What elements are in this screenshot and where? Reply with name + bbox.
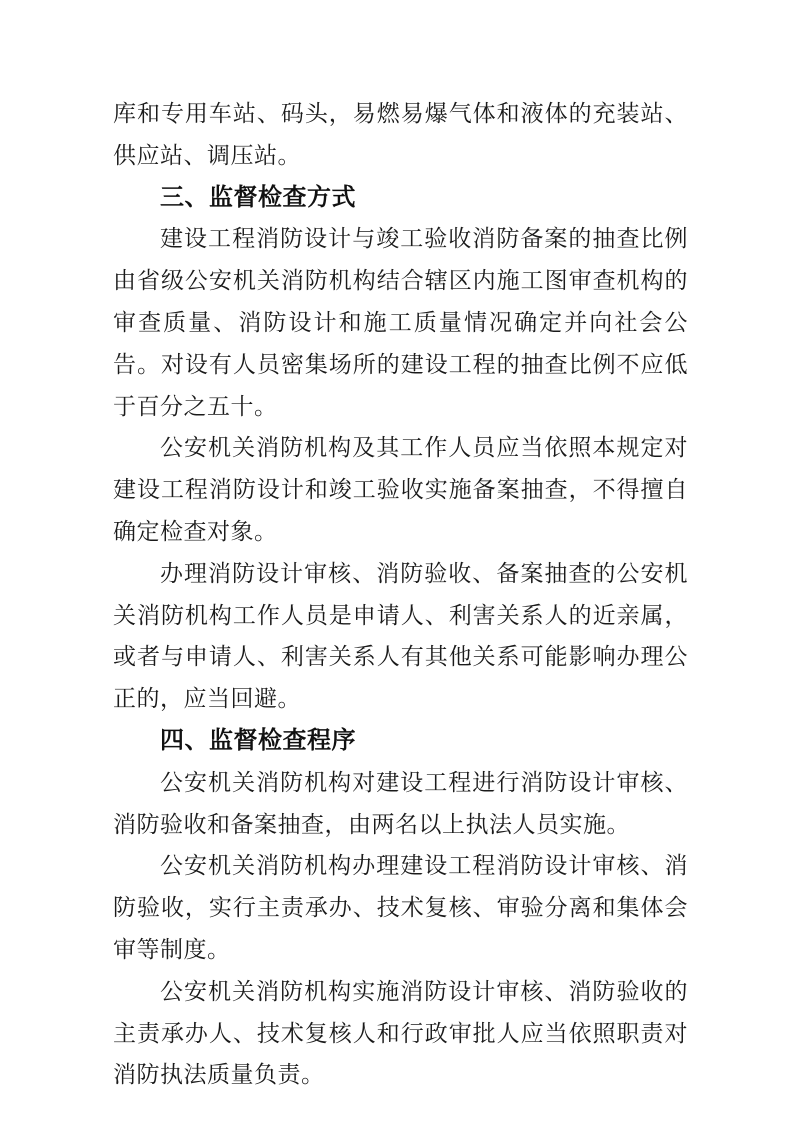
body-paragraph-continuation: 库和专用车站、码头，易燃易爆气体和液体的充装站、供应站、调压站。 (113, 93, 688, 177)
document-page: 库和专用车站、码头，易燃易爆气体和液体的充装站、供应站、调压站。 三、监督检查方… (0, 0, 793, 1122)
section-heading-4: 四、监督检查程序 (113, 720, 688, 762)
body-paragraph: 建设工程消防设计与竣工验收消防备案的抽查比例由省级公安机关消防机构结合辖区内施工… (113, 218, 688, 427)
body-paragraph: 公安机关消防机构及其工作人员应当依照本规定对建设工程消防设计和竣工验收实施备案抽… (113, 427, 688, 552)
body-paragraph: 公安机关消防机构对建设工程进行消防设计审核、消防验收和备案抽查，由两名以上执法人… (113, 762, 688, 846)
body-paragraph: 公安机关消防机构实施消防设计审核、消防验收的主责承办人、技术复核人和行政审批人应… (113, 971, 688, 1096)
section-heading-3: 三、监督检查方式 (113, 177, 688, 219)
body-paragraph: 办理消防设计审核、消防验收、备案抽查的公安机关消防机构工作人员是申请人、利害关系… (113, 553, 688, 720)
body-paragraph: 公安机关消防机构办理建设工程消防设计审核、消防验收，实行主责承办、技术复核、审验… (113, 845, 688, 970)
